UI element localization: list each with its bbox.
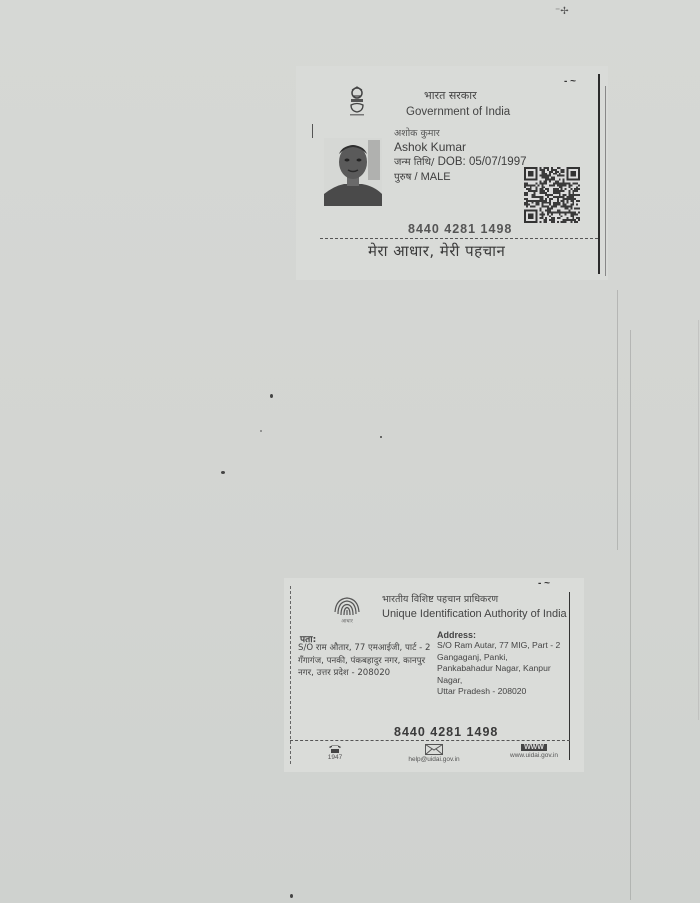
gender-hindi: पुरुष — [394, 172, 411, 183]
dob-label-hindi: जन्म तिथि/ — [394, 157, 434, 168]
gender: पुरुष / MALE — [394, 169, 451, 183]
scan-edge-line — [630, 330, 631, 900]
corner-mark: - ~ — [564, 76, 576, 87]
dust-speck — [260, 430, 262, 432]
qr-code-icon — [524, 166, 580, 224]
telephone-icon — [328, 744, 342, 753]
footer-helpline: 1947 — [322, 744, 348, 761]
address-line: Nagar, — [437, 675, 572, 687]
card-border — [290, 586, 292, 764]
issuer-hindi: भारत सरकार — [424, 88, 477, 103]
aadhaar-number: 8440 4281 1498 — [408, 222, 512, 236]
name-hindi: अशोक कुमार — [394, 126, 440, 139]
address-english: S/O Ram Autar, 77 MIG, Part - 2 Gangagan… — [437, 640, 572, 698]
email-address[interactable]: help@uidai.gov.in — [408, 756, 459, 763]
scanned-page: ⁻✢ - ~ भारत सरकार Government of India अश… — [0, 0, 700, 903]
tagline: मेरा आधार, मेरी पहचान — [368, 241, 505, 261]
aadhaar-back-card: - ~ आधार भारतीय विशिष्ट पहचान प्राधिकरण … — [284, 578, 584, 772]
address-line: Pankabahadur Nagar, Kanpur — [437, 663, 572, 675]
scan-mark — [312, 124, 313, 138]
dob-label-english: DOB: — [438, 156, 466, 168]
authority-english: Unique Identification Authority of India — [382, 608, 567, 620]
address-label-english: Address: — [437, 630, 476, 640]
address-line: S/O Ram Autar, 77 MIG, Part - 2 — [437, 640, 572, 652]
aadhaar-front-card: - ~ भारत सरकार Government of India अशोक … — [296, 66, 608, 280]
date-of-birth: जन्म तिथि/ DOB: 05/07/1997 — [394, 154, 527, 168]
address-line: Gangaganj, Panki, — [437, 652, 572, 664]
card-border — [605, 86, 606, 276]
dob-value: 05/07/1997 — [469, 156, 527, 168]
dust-speck — [290, 894, 293, 898]
name-english: Ashok Kumar — [394, 140, 466, 154]
footer-website: WWW www.uidai.gov.in — [498, 744, 570, 759]
www-icon: WWW — [521, 744, 547, 751]
address-line: Uttar Pradesh - 208020 — [437, 686, 572, 698]
footer-email: help@uidai.gov.in — [394, 744, 474, 763]
aadhaar-fingerprint-logo-icon: आधार — [332, 594, 362, 624]
scan-mark: ⁻✢ — [555, 6, 569, 17]
dust-speck — [221, 471, 225, 474]
envelope-icon — [425, 744, 443, 755]
scan-edge-line — [698, 320, 699, 720]
authority-hindi: भारतीय विशिष्ट पहचान प्राधिकरण — [382, 592, 498, 605]
scan-edge-line — [617, 290, 618, 550]
address-hindi: S/O राम औतार, 77 एमआईजी, पार्ट - 2 गँगाग… — [298, 642, 438, 680]
corner-mark: - ~ — [538, 578, 550, 589]
helpline-number: 1947 — [328, 754, 342, 761]
dust-speck — [270, 394, 273, 398]
national-emblem-icon — [346, 86, 368, 118]
dust-speck — [380, 436, 382, 438]
aadhaar-number: 8440 4281 1498 — [394, 725, 498, 739]
gender-english: / MALE — [415, 171, 451, 183]
photo-portrait — [324, 138, 382, 206]
divider — [290, 740, 570, 741]
svg-text:आधार: आधार — [341, 619, 353, 625]
card-border — [598, 74, 600, 274]
website-url[interactable]: www.uidai.gov.in — [498, 752, 570, 759]
issuer-english: Government of India — [406, 106, 510, 118]
